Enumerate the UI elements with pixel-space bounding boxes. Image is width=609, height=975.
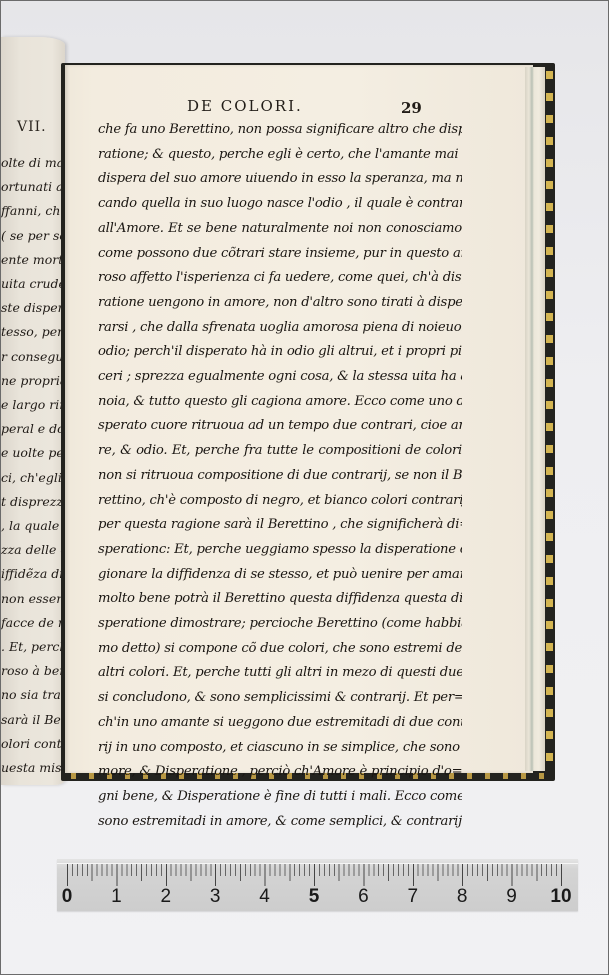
- left-line: t disprezzando: [1, 490, 63, 514]
- ruler-label-0: 0: [52, 886, 82, 908]
- left-line: e uolte per la lo: [1, 441, 63, 465]
- ruler-label-10: 10: [546, 886, 576, 908]
- left-line: uesta mistura,: [1, 756, 63, 780]
- text-line: gionare la diffidenza di se stesso, et p…: [98, 563, 462, 588]
- left-line: r conseguire la: [1, 345, 63, 369]
- left-line: ste disperationi: [1, 296, 63, 320]
- text-line: cando quella in suo luogo nasce l'odio ,…: [98, 192, 462, 217]
- text-line: ratione uengono in amore, non d'altro so…: [98, 291, 462, 316]
- left-line: olte di maniera: [1, 151, 63, 175]
- left-line: ortunati amanti: [1, 175, 63, 199]
- text-line: rettino, ch'è composto di negro, et bian…: [98, 489, 462, 514]
- text-line: dispera del suo amore uiuendo in esso la…: [98, 167, 462, 192]
- ruler-label-9: 9: [497, 886, 527, 908]
- text-line: gni bene, & Disperatione è fine di tutti…: [98, 785, 462, 810]
- text-line: ch'in uno amante si ueggono due estremit…: [98, 711, 462, 736]
- page-number: 29: [401, 99, 422, 117]
- left-page-text: olte di maniera ortunati amanti ffanni, …: [1, 151, 65, 780]
- text-line: roso affetto l'isperienza ci fa uedere, …: [98, 266, 462, 291]
- ruler-label-5: 5: [299, 886, 329, 908]
- left-line: roso à ben che: [1, 659, 63, 683]
- left-line: , la quale dolce: [1, 514, 63, 538]
- left-line: ffanni, ch'à di=: [1, 199, 63, 223]
- text-line: odio; perch'il disperato hà in odio gli …: [98, 340, 462, 365]
- left-line: facce de mise: [1, 611, 63, 635]
- left-line: zza delle cru: [1, 538, 63, 562]
- ruler-label-8: 8: [447, 886, 477, 908]
- text-line: non si ritruoua compositione di due cont…: [98, 464, 462, 489]
- left-line: peral e donatore: [1, 417, 63, 441]
- text-line: molto bene potrà il Berettino questa dif…: [98, 587, 462, 612]
- left-line: . Et, perche: [1, 635, 63, 659]
- ruler-label-6: 6: [348, 886, 378, 908]
- left-line: e largo rimune: [1, 393, 63, 417]
- ruler-label-2: 2: [151, 886, 181, 908]
- left-line: uita crudele, si: [1, 272, 63, 296]
- left-line: non essendo lo: [1, 587, 63, 611]
- text-line: sperato cuore ritruoua ad un tempo due c…: [98, 414, 462, 439]
- ruler-ticks: [67, 864, 561, 886]
- text-line: all'Amore. Et se bene naturalmente noi n…: [98, 217, 462, 242]
- left-line: iffidẽza di mai: [1, 562, 63, 586]
- left-chapter-heading: VII.: [17, 119, 47, 135]
- text-line: sperationc: Et, perche ueggiamo spesso l…: [98, 538, 462, 563]
- left-line: tesso, percioche: [1, 320, 63, 344]
- scale-ruler: 0 1 2 3 4 5 6 7 8 9 10: [57, 859, 578, 911]
- text-line: come possono due cõtrari stare insieme, …: [98, 242, 462, 267]
- text-line: more, & Disperatione , perciò ch'Amore è…: [98, 760, 462, 785]
- ruler-tick-end: [561, 864, 562, 886]
- text-line: rarsi , che dalla sfrenata uoglia amoros…: [98, 316, 462, 341]
- ruler-label-3: 3: [200, 886, 230, 908]
- text-line: noia, & tutto questo gli cagiona amore. …: [98, 390, 462, 415]
- text-line: mo detto) si compone cõ due colori, che …: [98, 637, 462, 662]
- ruler-label-1: 1: [101, 886, 131, 908]
- text-line: che fa uno Berettino, non possa signific…: [98, 118, 462, 143]
- left-line: no sia tra colo: [1, 683, 63, 707]
- photo-frame: VII. olte di maniera ortunati amanti ffa…: [0, 0, 609, 975]
- text-line: per questa ragione sarà il Berettino , c…: [98, 513, 462, 538]
- ruler-label-7: 7: [398, 886, 428, 908]
- ruler-label-4: 4: [250, 886, 280, 908]
- left-line: olori contrari,: [1, 732, 63, 756]
- text-line: re, & odio. Et, perche fra tutte le comp…: [98, 439, 462, 464]
- left-line: sarà il Beretti: [1, 708, 63, 732]
- text-line: ratione; & questo, perche egli è certo, …: [98, 143, 462, 168]
- text-line: ceri ; sprezza egualmente ogni cosa, & l…: [98, 365, 462, 390]
- left-line: ( se per se stessi: [1, 224, 63, 248]
- text-line: si concludono, & sono semplicissimi & co…: [98, 686, 462, 711]
- gilt-tooling-right: [546, 71, 553, 771]
- left-line: ne propria, &: [1, 369, 63, 393]
- left-line: ci, ch'eglino gia: [1, 466, 63, 490]
- right-page-text: che fa uno Berettino, non possa signific…: [98, 118, 462, 834]
- text-line: sono estremitadi in amore, & come sempli…: [98, 810, 462, 835]
- left-page: VII. olte di maniera ortunati amanti ffa…: [1, 37, 65, 785]
- text-line: rij in uno composto, et ciascuno in se s…: [98, 736, 462, 761]
- text-line: speratione dimostrare; percioche Beretti…: [98, 612, 462, 637]
- text-line: altri colori. Et, perche tutti gli altri…: [98, 661, 462, 686]
- running-head: DE COLORI.: [187, 97, 303, 115]
- left-line: ente morte ) in: [1, 248, 63, 272]
- page-edges: [525, 67, 545, 771]
